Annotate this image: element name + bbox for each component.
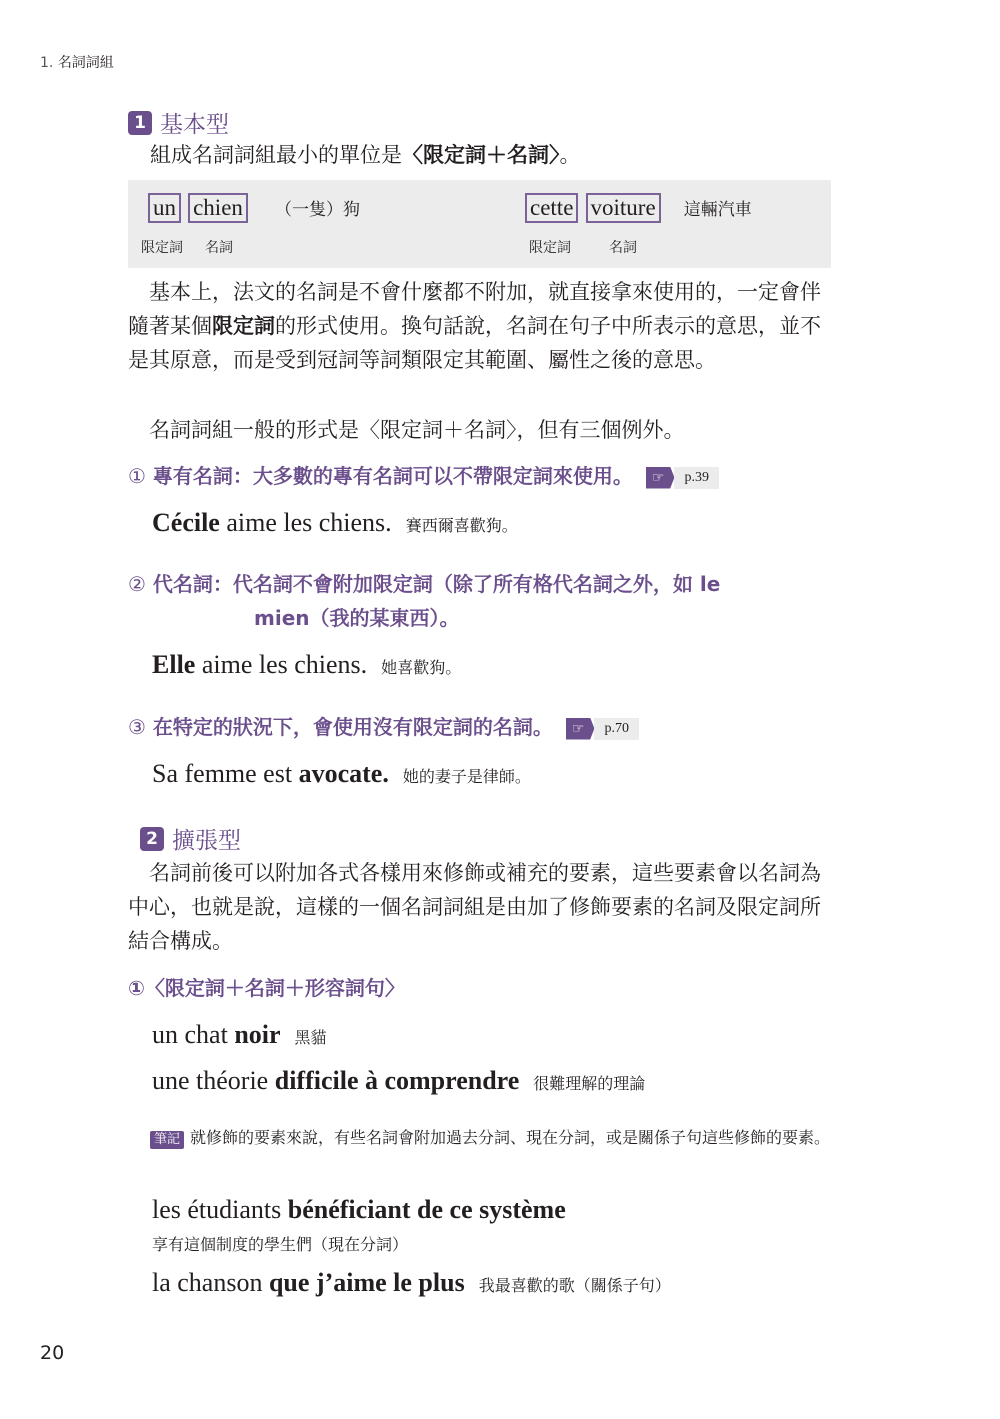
pointing-hand-icon: ☞	[566, 718, 595, 740]
section-2-heading: 2 擴張型	[140, 822, 241, 855]
example-phrase: la chanson que j’aime le plus我最喜歡的歌（關係子句…	[152, 1268, 671, 1298]
point-1: ① 專有名詞：大多數的專有名詞可以不帶限定詞來使用。 ☞ p.39	[128, 459, 719, 493]
page-reference[interactable]: ☞ p.39	[646, 467, 719, 489]
note: 筆記就修飾的要素來說，有些名詞會附加過去分詞、現在分詞，或是關係子句這些修飾的要…	[150, 1125, 832, 1151]
page-reference[interactable]: ☞ p.70	[566, 718, 639, 740]
section-2-point-1: ①〈限定詞＋名詞＋形容詞句〉	[128, 971, 405, 1005]
section-number-badge: 2	[140, 827, 164, 851]
running-head: 1. 名詞詞組	[40, 52, 114, 72]
point-2-continued: mien（我的某東西）。	[254, 601, 460, 635]
example-translation: 享有這個制度的學生們（現在分詞）	[152, 1232, 408, 1255]
page-number: 20	[40, 1342, 64, 1364]
label-noun: 名詞	[205, 237, 233, 257]
point-2: ② 代名詞：代名詞不會附加限定詞（除了所有格代名詞之外，如 le	[128, 567, 720, 601]
paragraph-1: 基本上，法文的名詞是不會什麼都不附加，就直接拿來使用的，一定會伴隨著某個限定詞的…	[128, 275, 833, 377]
point-3: ③ 在特定的狀況下，會使用沒有限定詞的名詞。 ☞ p.70	[128, 710, 639, 744]
example-sentence: Sa femme est avocate.她的妻子是律師。	[152, 759, 531, 789]
pointing-hand-icon: ☞	[646, 467, 675, 489]
label-noun: 名詞	[609, 237, 637, 257]
example-un-chien: un chien （一隻）狗	[148, 193, 360, 223]
label-determiner: 限定詞	[141, 237, 183, 257]
example-phrase: les étudiants bénéficiant de ce système	[152, 1195, 566, 1225]
section-number-badge: 1	[128, 111, 152, 135]
paragraph-2: 名詞詞組一般的形式是〈限定詞＋名詞〉，但有三個例外。	[128, 413, 833, 447]
example-sentence: Elle aime les chiens.她喜歡狗。	[152, 650, 461, 680]
section-1-heading: 1 基本型	[128, 106, 229, 139]
section-1-intro: 組成名詞詞組最小的單位是〈限定詞＋名詞〉。	[150, 138, 855, 172]
example-cette-voiture: cette voiture 這輛汽車	[525, 193, 752, 223]
example-phrase: un chat noir黑貓	[152, 1020, 327, 1050]
example-sentence: Cécile aime les chiens.賽西爾喜歡狗。	[152, 508, 518, 538]
example-phrase: une théorie difficile à comprendre很難理解的理…	[152, 1066, 645, 1096]
section-2-paragraph: 名詞前後可以附加各式各樣用來修飾或補充的要素，這些要素會以名詞為中心，也就是說，…	[128, 856, 833, 958]
label-determiner: 限定詞	[529, 237, 571, 257]
note-badge: 筆記	[150, 1131, 184, 1149]
